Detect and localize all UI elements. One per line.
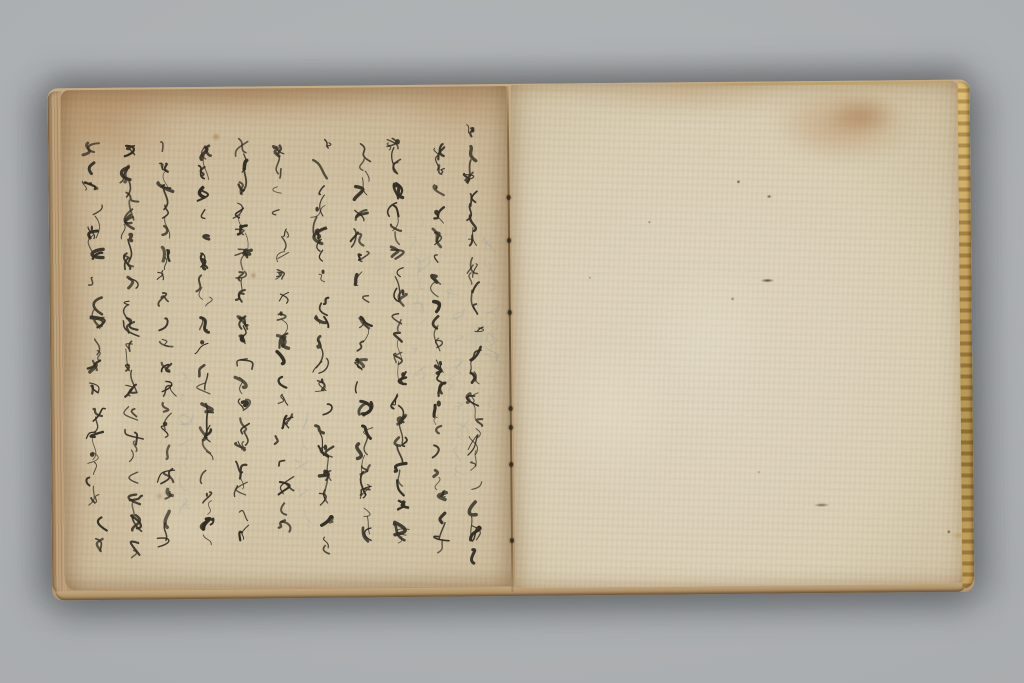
photo-background: [0, 0, 1024, 683]
worn-light-patch: [538, 333, 680, 494]
ink-speck: [947, 530, 951, 534]
ink-dash: [814, 503, 830, 507]
ink-speck: [647, 220, 650, 223]
right-page: [511, 81, 964, 588]
stain-top-center: [570, 81, 810, 119]
ink-speck: [731, 297, 735, 301]
ink-speck: [588, 276, 591, 279]
calligraphy-columns: [61, 86, 512, 590]
stain-top-right-core: [829, 95, 897, 136]
open-book: [48, 80, 975, 601]
worn-light-patch: [652, 262, 773, 383]
ink-dash: [760, 278, 774, 282]
stain-top-right: [771, 83, 916, 164]
left-page: [61, 86, 512, 590]
ink-speck: [766, 194, 771, 198]
ink-speck: [736, 180, 740, 184]
ink-speck: [757, 470, 760, 473]
right-page-stains: [511, 81, 964, 588]
